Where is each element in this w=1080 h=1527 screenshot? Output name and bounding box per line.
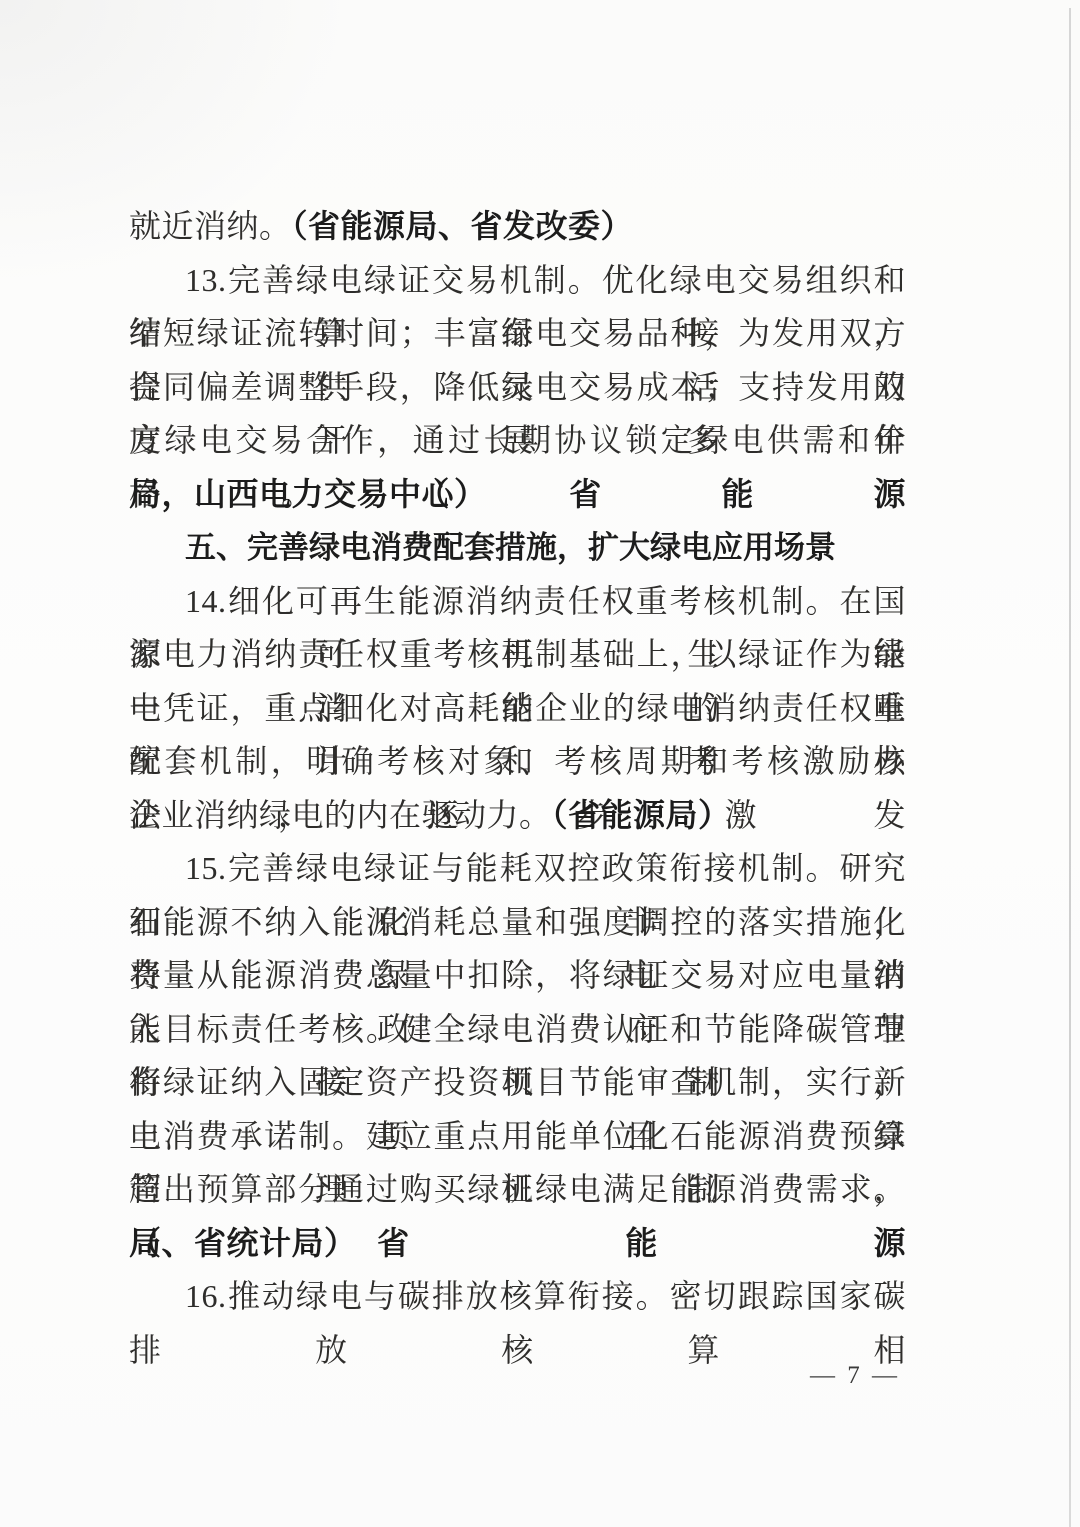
bold-text-segment: （省能源 [433,476,906,512]
text-line: 石能源不纳入能源消耗总量和强度调控的落实措施，将绿电消 [129,896,906,950]
bold-text-segment: 五、完善绿电消费配套措施，扩大绿电应用场景 [185,530,836,565]
text-line: 电消费承诺制。建立重点用能单位化石能源消费预算管理机制， [129,1110,906,1164]
section-heading-line: 五、完善绿电消费配套措施，扩大绿电应用场景 [129,521,906,575]
page-number: — 7 — [800,1362,910,1390]
document-text-block: 就近消纳。（省能源局、省发改委）13.完善绿电绿证交易机制。优化绿电交易组织和结… [129,200,906,1324]
text-line: 一凭证，重点细化对高耗能企业的绿电消纳责任权重统计和考核 [129,682,906,736]
text-line: 费量从能源消费总量中扣除，将绿证交易对应电量纳入政府节 [129,949,906,1003]
text-line: 能目标责任考核。健全绿电消费认证和节能降碳管理衔接机制， [129,1003,906,1057]
text-segment: 超出预算部分通过购买绿证绿电满足能源消费需求。 [129,1171,906,1207]
bold-text-segment: 局、省统计局） [129,1225,357,1261]
text-line: 15.完善绿电绿证与能耗双控政策衔接机制。研究细化非化 [129,842,906,896]
text-segment: 企业消纳绿电的内在驱动力。 [129,797,552,833]
text-line: 16.推动绿电与碳排放核算衔接。密切跟踪国家碳排放核算相 [129,1270,906,1324]
bold-text-segment: （省能源局、省发改委） [292,208,634,244]
text-segment: 16.推动绿电与碳排放核算衔接。密切跟踪国家碳排放核算相 [129,1278,906,1368]
text-line: 源电力消纳责任权重考核机制基础上，以绿证作为绿电消纳的唯 [129,628,906,682]
text-line: 度绿电交易合作，通过长期协议锁定绿电供需和价格。（省能源 [129,414,906,468]
text-line: 超出预算部分通过购买绿证绿电满足能源消费需求。（省能源 [129,1163,906,1217]
text-line: 14.细化可再生能源消纳责任权重考核机制。在国家可再生能 [129,575,906,629]
text-line: 缩短绿证流转时间；丰富绿电交易品种，为发用双方提供灵活的 [129,307,906,361]
text-line: 合同偏差调整手段，降低绿电交易成本；支持发用双方开展多年 [129,361,906,415]
text-line: 将绿证纳入固定资产投资项目节能审查机制，实行新上项目绿 [129,1056,906,1110]
bold-text-segment: （省能源局） [552,797,731,833]
bold-text-segment: 局，山西电力交易中心） [129,476,487,512]
text-line: 配套机制，明确考核对象、考核周期和考核激励办法，逐步激发 [129,735,906,789]
text-line: 13.完善绿电绿证交易机制。优化绿电交易组织和结算衔接， [129,254,906,308]
text-segment: 就近消纳。 [129,208,292,244]
text-line: 就近消纳。（省能源局、省发改委） [129,200,906,254]
scan-edge-line [1069,8,1071,1527]
